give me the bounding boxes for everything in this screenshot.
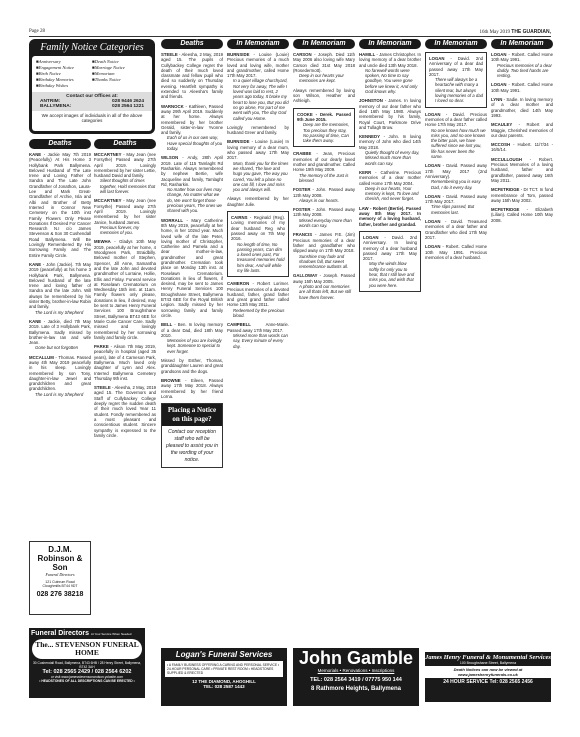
notice-text: - John (Jackie). 7th May 2019 (peacefull…	[29, 262, 91, 309]
notice-entry: CARSON - Joseph. Died 11th May 2006 also…	[293, 52, 355, 84]
notice-verse: Silent thoughts of times together, Hold …	[94, 178, 156, 194]
notice-entry: PARKE - Alison 7th May 2019, peacefully …	[94, 344, 156, 381]
notice-text: Always remembered by loving son Wilson, …	[293, 88, 355, 104]
notice-entry: BURNSIDE - Louise (Louie) In loving memo…	[227, 139, 289, 192]
notice-verse: Mum, thank you for the times we shared, …	[227, 161, 289, 193]
notice-name: MEWHA	[94, 239, 111, 244]
notice-entry: Always remembered by her daughter Julie.	[227, 196, 289, 207]
notice-name: COOKE	[297, 112, 313, 117]
notice-name: MCCULLOUGH	[491, 157, 522, 162]
notice-entry: LOGAN - David. 2nd Anniversary of a dear…	[425, 52, 487, 108]
notice-verse: Deep in our hearts your memories are kep…	[293, 73, 355, 84]
notice-entry: KANE - Jackie May 7th 2019 (Peacefully) …	[29, 152, 91, 258]
notice-name: STEELE	[161, 52, 178, 57]
notice-name: MCCOSH	[491, 142, 510, 147]
notice-text: - Aleesha, 2 May, 2019 aged 15. The pupi…	[161, 52, 223, 99]
section-header-memoriam: In Memoriam	[425, 39, 487, 49]
notice-verse: The Lord is my Shepherd	[29, 310, 91, 315]
notice-name: LOGAN	[425, 219, 441, 224]
notice-name: FOSTER	[293, 187, 310, 192]
column-8: In MemoriamLOGAN - Robert. Called Home 1…	[491, 39, 553, 227]
notice-entry: LOGAN - David. Passed away 17th May 2017…	[425, 194, 487, 215]
notice-verse: Deep are the memories, Too precious they…	[297, 122, 351, 143]
notice-verse: Gone but not forgotten	[29, 345, 91, 350]
notice-entry: KERR - Catherine. Precious memories of a…	[359, 170, 421, 202]
notice-name: PARKE	[94, 344, 109, 349]
notice-entry: MCFETRIDGE - Dr TCT. In fond remembrance…	[491, 187, 553, 203]
notice-verse: Precious memories of a dear daddy. Two t…	[491, 63, 553, 79]
notice-entry: Lovingly remembered by husband Greer and…	[227, 125, 289, 136]
column-5: In MemoriamCARSON - Joseph. Died 11th Ma…	[293, 39, 355, 304]
notice-name: MCCARTNEY	[94, 198, 121, 203]
notice-entry: WARNOCK - Kathleen, Passed away 29th Apr…	[161, 104, 223, 152]
notice-verse: No farewell words were spoken, No time t…	[359, 68, 421, 94]
notice-text: - Mary Catherine 8th May 2019, peacefull…	[161, 218, 223, 318]
notice-name: BROWNE	[161, 378, 181, 383]
notice-entry: BELL - Ben. In loving memory of a dear D…	[161, 322, 223, 354]
notice-verse: The memory of the Just is blessed	[293, 173, 355, 184]
categories-title: Family Notice Categories	[29, 42, 155, 53]
notice-entry: CAMERON - Robert Lorimer. Precious memor…	[227, 281, 289, 318]
notice-verse: In a quiet village churchyard, Not very …	[227, 78, 289, 120]
notice-entry: KANE - John (Jackie). 7th May 2019 (peac…	[29, 262, 91, 315]
notice-verse: No one knows how much we miss you, and n…	[425, 128, 487, 160]
notice-name: KERR	[359, 170, 371, 175]
ad-logans-funeral-services: Logan's Funeral Services • A FAMILY BUSI…	[161, 648, 287, 706]
notice-name: WILSON	[161, 155, 178, 160]
column-7: In MemoriamLOGAN - David. 2nd Anniversar…	[425, 39, 487, 264]
notice-name: LAW	[359, 206, 369, 211]
notice-entry: MCAULEY - Robert and Maggie, Cherished m…	[491, 122, 553, 138]
page-number: Page 28	[29, 29, 45, 34]
notice-text: - Jackie May 7th 2019 (Peacefully) At Hi…	[29, 152, 91, 258]
column-6: In MemoriamHAMILL - James Christopher. I…	[359, 39, 421, 296]
notice-verse: Missed everyday more than words can say.	[293, 218, 355, 229]
section-header-memoriam: In Memoriam	[293, 39, 355, 49]
notice-text: - Aleesha, 2 May, 2019 aged 15. The Gove…	[94, 385, 156, 438]
notice-verse: Sunshine may fade and shadows fall, But …	[293, 254, 355, 270]
notice-name: FOSTER	[293, 207, 310, 212]
notice-entry: KANE - Jackie, died 7th May 2019. Late o…	[29, 319, 91, 351]
notice-entry: LAW - Robert (Bertie). Passed away 8th M…	[359, 206, 421, 227]
notice-name: STEELE	[94, 385, 111, 390]
family-notice-categories: Family Notice Categories Anniversary Dea…	[29, 39, 155, 134]
images-note: We accept images of individuals in all o…	[32, 111, 152, 125]
notice-name: LOGAN	[425, 163, 441, 168]
ad-james-henry: James Henry Funeral & Monumental Service…	[425, 652, 551, 702]
notice-name: KANE	[29, 319, 41, 324]
notice-name: LOGAN	[425, 244, 441, 249]
notice-entry: LOGAN - David. Precious memories of a de…	[425, 112, 487, 160]
notice-entry: MCCULLOUGH - Robert. Precious Memories o…	[491, 157, 553, 183]
notice-entry: FRANCIS - James P.E. (Jim) Precious memo…	[293, 232, 355, 269]
notice-entry: BURNSIDE - Louise (Louie) Precious memor…	[227, 52, 289, 121]
notice-name: GALLOWAY	[293, 273, 317, 278]
notice-text: - Gladys 10th May 2019, peacefully at he…	[94, 239, 156, 339]
notice-verse: The Lord is my Shepherd	[29, 392, 91, 397]
section-header-memoriam: In Memoriam	[227, 39, 289, 49]
notice-name: JOHNSTON	[359, 98, 383, 103]
notice-entry: LOGAN - David. 2nd Anniversary. In lovin…	[359, 231, 421, 292]
notice-verse: There will always be a heartache with ma…	[429, 77, 483, 103]
notice-entry: BROWNE - Eileen, Passed away 17th May 20…	[161, 378, 223, 399]
notice-name: LOGAN	[363, 235, 379, 240]
placing-notice-box: Placing a Notice on this page?Contact ou…	[161, 403, 223, 468]
notice-name: CAIRNS	[231, 215, 247, 220]
notice-entry: LOGAN - Robert. Called Home 10th May 199…	[425, 244, 487, 260]
notice-name: HAMILL	[359, 52, 375, 57]
notice-entry: MCFETRIDGE - Elizabeth (Lilian). Called …	[491, 207, 553, 223]
issue-date: 16th May 2019 THE GUARDIAN,	[479, 29, 551, 35]
notice-verse: Each of us in our own way, Have special …	[161, 135, 223, 151]
category-item: Thanks Notice	[92, 77, 148, 83]
notice-entry: FOSTER - John. Passed away 12th May 2008…	[293, 187, 355, 203]
notice-entry: KENNEDY - John. In loving memory of John…	[359, 134, 421, 166]
notice-entry: CAMPBELL Anne-Marie. Passed away 17th Ma…	[227, 322, 289, 348]
notice-entry: MEWHA - Gladys 10th May 2019, peacefully…	[94, 239, 156, 340]
notice-entry: LOGAN - Robert. Called Home 10th May 199…	[491, 82, 553, 93]
notice-name: FRANCIS	[293, 232, 312, 237]
ad-stevenson-funeral-home: Funeral Directors At Your Service When N…	[29, 628, 145, 698]
notice-name: LYNN	[491, 97, 502, 102]
ad-john-gamble: John Gamble Memorials • Renovations • In…	[293, 648, 419, 706]
column-3: DeathsSTEELE - Aleesha, 2 May, 2019 aged…	[161, 39, 223, 468]
notice-name: LOGAN	[491, 82, 507, 87]
notice-entry: Always remembered by loving son Wilson, …	[293, 88, 355, 104]
notice-entry: GALLOWAY - Joseph. Passed away 15th May …	[293, 273, 355, 299]
notice-entry: WILSON - Andy, 28th April 2019. Late of …	[161, 155, 223, 213]
notice-verse: Time slips passed, But memories last.	[425, 204, 487, 215]
notice-name: CAMPBELL	[227, 322, 251, 327]
section-header-memoriam: In Memoriam	[491, 39, 553, 49]
notice-verse: Precious forever, my memories of you.	[94, 225, 156, 236]
notice-verse: Remembering you is easy Dad, I do it eve…	[425, 179, 487, 190]
notice-entry: HAMILL - James Christopher. In loving me…	[359, 52, 421, 94]
notice-text: - Robert (Bertie). Passed away 8th May 2…	[359, 206, 421, 227]
ad-djm-robinson: D.J.M. Robinson & Son Funeral Directors …	[29, 541, 91, 615]
column-4: In MemoriamBURNSIDE - Louise (Louie) Pre…	[227, 39, 289, 353]
notice-entry: LYNN - Sadie. In loving memory of a dear…	[491, 97, 553, 118]
notice-name: LOGAN	[425, 194, 441, 199]
notice-entry: LOGAN - Robert. Called Home 10th May 199…	[491, 52, 553, 78]
notice-name: CRABBE	[293, 151, 311, 156]
notice-text: - Andy, 28th April 2019. Late of 115 Tam…	[161, 155, 223, 186]
notice-name: LOGAN	[429, 56, 445, 61]
contact-offices: Contact our Offices at: ANTRIM:028 9446 …	[32, 92, 152, 111]
notice-name: BURNSIDE	[227, 139, 249, 144]
notice-text: - Thomas. Passed away 4th May 2019 peace…	[29, 355, 91, 392]
notice-entry: LOGAN - David. Treasured memories of a d…	[425, 219, 487, 240]
notice-name: MCCALLUM	[29, 355, 54, 360]
notice-entry: FOSTER - John. Passed away 12th May 2008…	[293, 207, 355, 228]
notice-name: BELL	[161, 322, 172, 327]
notice-name: KANE	[29, 152, 41, 157]
notice-verse: Deep in our hearts, Your memory is kept,…	[359, 186, 421, 202]
notice-verse: Quietly thought of every day, Missed muc…	[359, 150, 421, 166]
notice-entry: MCCARTNEY - May Jean (nee Forsythe) Pass…	[94, 152, 156, 194]
notice-entry: MCCOSH - Hubert. 11/7/34 - 16/5/14.	[491, 142, 553, 153]
notice-verse: No matter how our lives may change, No m…	[161, 187, 223, 213]
category-list: Anniversary Death Notice Engagement Noti…	[32, 56, 152, 92]
notice-name: CARSON	[293, 52, 312, 57]
column-1: DeathsKANE - Jackie May 7th 2019 (Peacef…	[29, 139, 91, 401]
notice-text: - James. In loving memory of our dear fa…	[359, 98, 421, 129]
notice-name: LOGAN	[491, 52, 507, 57]
notice-entry: COOKE - Derek. Passed 9th June 2015.Deep…	[293, 108, 355, 148]
notice-verse: Always in our hearts.	[293, 198, 355, 203]
notice-name: MCAULEY	[491, 122, 512, 127]
notice-name: MCFETRIDGE	[491, 187, 519, 192]
category-item: Birthday Wishes	[36, 83, 92, 89]
notice-text: - Kathleen, Passed away 29th April 2019.…	[161, 104, 223, 135]
notice-name: MCCARTNEY	[94, 152, 121, 157]
notice-verse: A photo and our memories are all thats l…	[293, 284, 355, 300]
notice-verse: Missed more than words can say, Every mi…	[227, 333, 289, 349]
notice-name: CAMERON	[227, 281, 249, 286]
notice-verse: No length of time, No passing years, Can…	[231, 242, 285, 274]
notice-name: MCFETRIDGE	[491, 207, 519, 212]
notice-text: - Alison 7th May 2019, peacefully in hos…	[94, 344, 156, 381]
notice-entry: MCCALLUM - Thomas. Passed away 4th May 2…	[29, 355, 91, 397]
notice-entry: Missed by Esther, Thomas, granddaughter …	[161, 358, 223, 374]
notice-text: Lovingly remembered by husband Greer and…	[227, 125, 289, 135]
notice-name: BURNSIDE	[227, 52, 249, 57]
notice-verse: Redeemed by the precious blood.	[227, 308, 289, 319]
notice-entry: CAIRNS - Reginald (Reg). Loving memories…	[227, 211, 289, 277]
section-header-deaths: Deaths	[29, 139, 91, 149]
notice-entry: JOHNSTON - James. In loving memory of ou…	[359, 98, 421, 130]
notice-entry: STEELE - Aleesha, 2 May, 2019 aged 15. T…	[94, 385, 156, 438]
notice-name: WORRALL	[161, 218, 183, 223]
notice-entry: STEELE - Aleesha, 2 May, 2019 aged 15. T…	[161, 52, 223, 100]
notice-verse: May the winds blow softly for only you t…	[363, 261, 417, 287]
section-header-deaths: Deaths	[94, 139, 156, 149]
notice-verse: Memories of you are lovingly kept. Someo…	[161, 338, 223, 354]
notice-name: KANE	[29, 262, 41, 267]
section-header-memoriam: In Memoriam	[359, 39, 421, 49]
notice-name: WARNOCK	[161, 104, 184, 109]
notice-entry: MCCARTNEY - May Jean (nee Forsythe) Pass…	[94, 198, 156, 235]
notice-name: LOGAN	[425, 112, 441, 117]
notice-entry: LOGAN - David. Passed away 17th May 2017…	[425, 163, 487, 189]
notice-entry: WORRALL - Mary Catherine 8th May 2019, p…	[161, 218, 223, 319]
section-header-deaths: Deaths	[161, 39, 223, 49]
notice-name: KENNEDY	[359, 134, 380, 139]
notice-text: Always remembered by her daughter Julie.	[227, 196, 289, 206]
column-2: DeathsMCCARTNEY - May Jean (nee Forsythe…	[94, 139, 156, 442]
notice-entry: CRABBE - Jean, Precious memories of our …	[293, 151, 355, 183]
header-rule	[29, 36, 551, 37]
notice-text: Missed by Esther, Thomas, granddaughter …	[161, 358, 223, 374]
